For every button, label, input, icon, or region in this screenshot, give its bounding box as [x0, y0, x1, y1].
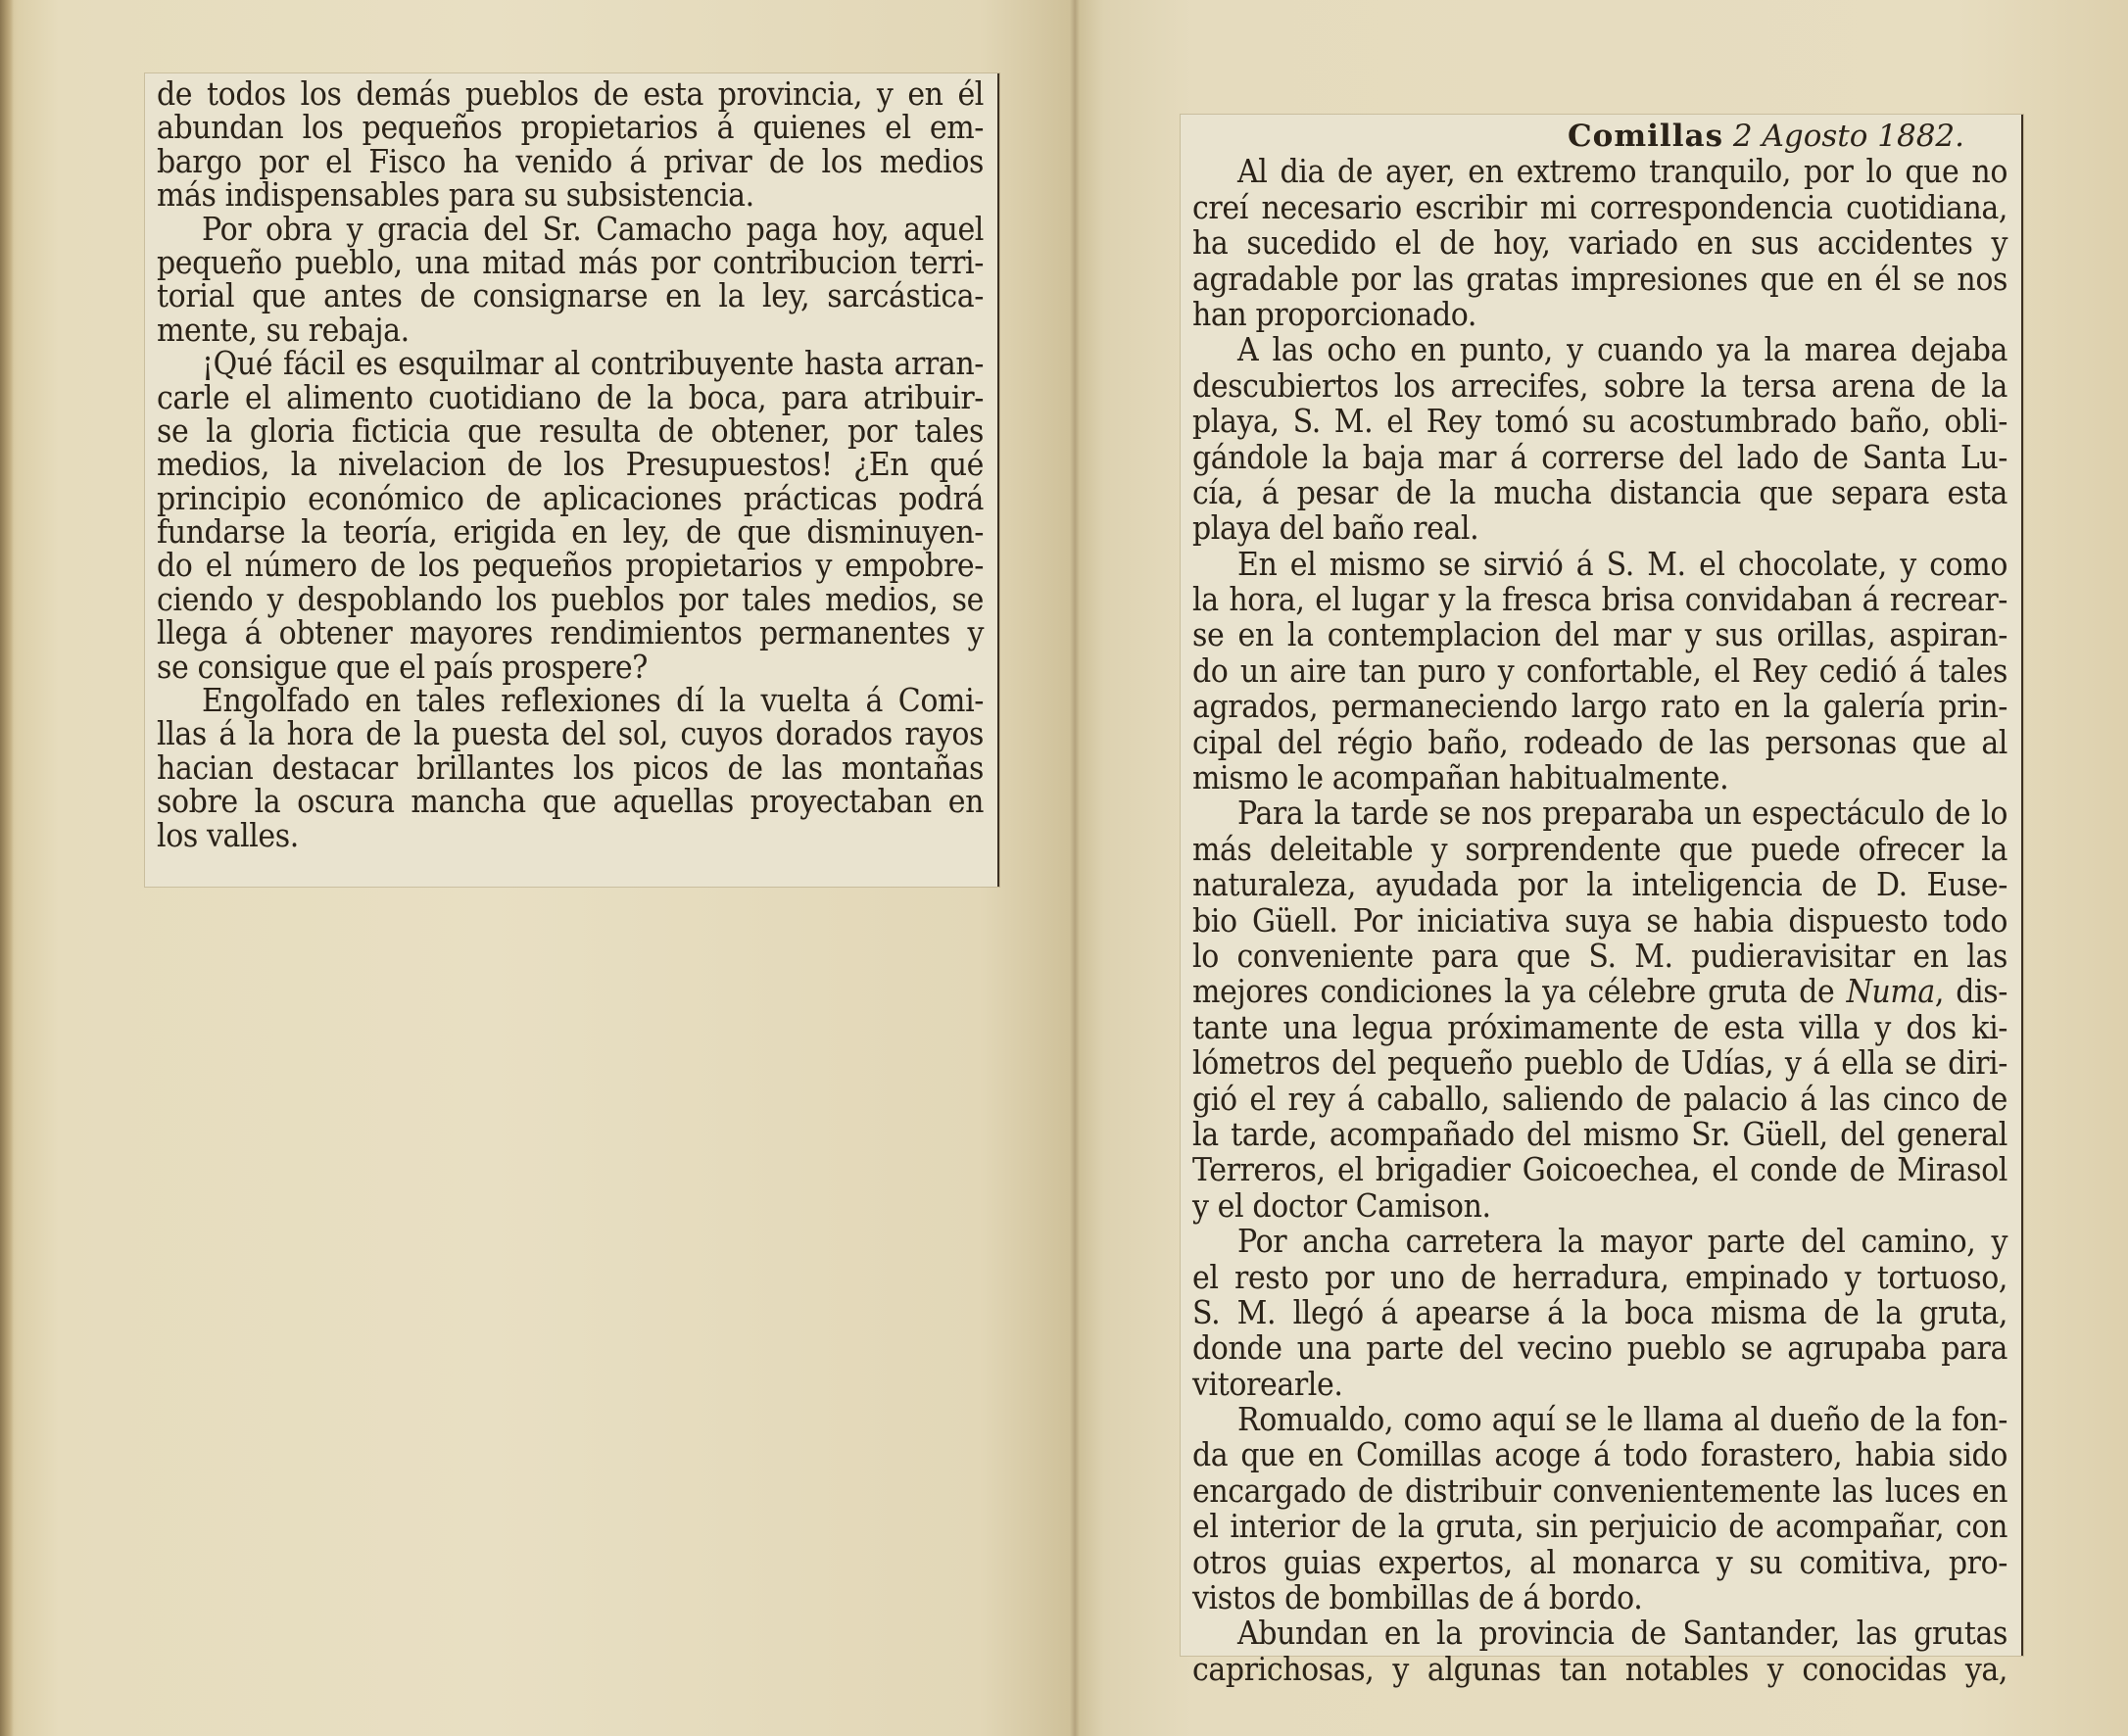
text-line: Engolfado en tales reflexiones dí la vue… [157, 684, 984, 720]
text-line: más indispensables para su subsistencia. [157, 178, 984, 215]
text-line: Terreros, el brigadier Goicoechea, el co… [1192, 1152, 2007, 1190]
text-line: ciendo y despoblando los pueblos por tal… [157, 583, 984, 619]
text-line: agradable por las gratas impresiones que… [1192, 262, 2007, 300]
text-line: bio Güell. Por iniciativa suya se habia … [1192, 903, 2007, 941]
text-line: mente, su rebaja. [157, 313, 984, 350]
text-line: Por ancha carretera la mayor parte del c… [1192, 1224, 2007, 1262]
text-line: En el mismo se sirvió á S. M. el chocola… [1192, 547, 2007, 585]
dateline-place: Comillas [1568, 119, 1723, 154]
text-line: lómetros del pequeño pueblo de Udías, y … [1192, 1045, 2007, 1084]
text-line: Por obra y gracia del Sr. Camacho paga h… [157, 213, 984, 249]
text-line: pequeño pueblo, una mitad más por contri… [157, 246, 984, 282]
text-line: caprichosas, y algunas tan notables y co… [1192, 1652, 2007, 1690]
text-line: principio económico de aplicaciones prác… [157, 482, 984, 518]
text-line: Romualdo, como aquí se le llama al dueño… [1192, 1402, 2007, 1440]
text-line: gándole la baja mar á correrse del lado … [1192, 440, 2007, 478]
text-line: A las ocho en punto, y cuando ya la mare… [1192, 332, 2007, 370]
text-line: hacian destacar brillantes los picos de … [157, 751, 984, 788]
text-line: donde una parte del vecino pueblo se agr… [1192, 1330, 2007, 1369]
text-line: do un aire tan puro y confortable, el Re… [1192, 653, 2007, 692]
text-line: da que en Comillas acoge á todo foraster… [1192, 1437, 2007, 1475]
text-line: la tarde, acompañado del mismo Sr. Güell… [1192, 1117, 2007, 1155]
text-line: se la gloria ficticia que resulta de obt… [157, 414, 984, 451]
text-line: Al dia de ayer, en extremo tranquilo, po… [1192, 154, 2007, 192]
text-line: S. M. llegó á apearse á la boca misma de… [1192, 1295, 2007, 1333]
text-line: creí necesario escribir mi correspondenc… [1192, 190, 2007, 228]
text-line: ¡Qué fácil es esquilmar al contribuyente… [157, 347, 984, 383]
dateline-heading: Comillas 2 Agosto 1882. [1192, 119, 2007, 154]
text-line: descubiertos los arrecifes, sobre la ter… [1192, 368, 2007, 407]
text-line: y el doctor Camison. [1192, 1188, 2007, 1227]
text-line: llega á obtener mayores rendimientos per… [157, 616, 984, 652]
dateline-date: 2 Agosto 1882. [1733, 119, 1964, 154]
text-line: otros guias expertos, al monarca y su co… [1192, 1545, 2007, 1583]
text-line: Para la tarde se nos preparaba un espect… [1192, 796, 2007, 834]
text-line: el interior de la gruta, sin perjuicio d… [1192, 1509, 2007, 1547]
text-line: Abundan en la provincia de Santander, la… [1192, 1615, 2007, 1654]
text-line: abundan los pequeños propietarios á quie… [157, 111, 984, 147]
text-line: de todos los demás pueblos de esta provi… [157, 77, 984, 114]
text-line: lo conveniente para que S. M. pudieravis… [1192, 939, 2007, 977]
text-line: cía, á pesar de la mucha distancia que s… [1192, 475, 2007, 513]
text-line: medios, la nivelacion de los Presupuesto… [157, 448, 984, 484]
text-line: vistos de bombillas de á bordo. [1192, 1580, 2007, 1618]
text-line: más deleitable y sorprendente que puede … [1192, 832, 2007, 870]
text-line: naturaleza, ayudada por la inteligencia … [1192, 867, 2007, 905]
text-line: llas á la hora de la puesta del sol, cuy… [157, 717, 984, 753]
text-line: han proporcionado. [1192, 297, 2007, 335]
text-line: se en la contemplacion del mar y sus ori… [1192, 617, 2007, 655]
italic-name: Numa [1847, 974, 1935, 1011]
text-line: sobre la oscura mancha que aquellas proy… [157, 785, 984, 821]
text-line: agrados, permaneciendo largo rato en la … [1192, 689, 2007, 727]
text-line: los valles. [157, 819, 984, 855]
text-line: do el número de los pequeños propietario… [157, 549, 984, 585]
text-line: tante una legua próximamente de esta vil… [1192, 1010, 2007, 1048]
text-line: cipal del régio baño, rodeado de las per… [1192, 725, 2007, 763]
left-newspaper-clipping: de todos los demás pueblos de esta provi… [145, 73, 999, 887]
text-line: el resto por uno de herradura, empinado … [1192, 1260, 2007, 1298]
text-line: ha sucedido el de hoy, variado en sus ac… [1192, 225, 2007, 264]
text-line: la hora, el lugar y la fresca brisa conv… [1192, 582, 2007, 620]
book-spine-gutter [1070, 0, 1080, 1736]
text-line: torial que antes de consignarse en la le… [157, 279, 984, 315]
text-line: playa del baño real. [1192, 510, 2007, 549]
page-edge-shadow [0, 0, 14, 1736]
text-line: gió el rey á caballo, saliendo de palaci… [1192, 1082, 2007, 1120]
text-line: mismo le acompañan habitualmente. [1192, 760, 2007, 798]
text-line: fundarse la teoría, erigida en ley, de q… [157, 515, 984, 552]
text-line: encargado de distribuir convenientemente… [1192, 1473, 2007, 1512]
text-line: carle el alimento cuotidiano de la boca,… [157, 381, 984, 417]
text-line: vitorearle. [1192, 1367, 2007, 1405]
right-newspaper-clipping: Comillas 2 Agosto 1882. Al dia de ayer, … [1181, 115, 2023, 1656]
text-line: bargo por el Fisco ha venido á privar de… [157, 145, 984, 181]
text-line: se consigue que el país prospere? [157, 651, 984, 687]
text-line: playa, S. M. el Rey tomó su acostumbrado… [1192, 404, 2007, 442]
text-line: mejores condiciones la ya célebre gruta … [1192, 974, 2007, 1012]
